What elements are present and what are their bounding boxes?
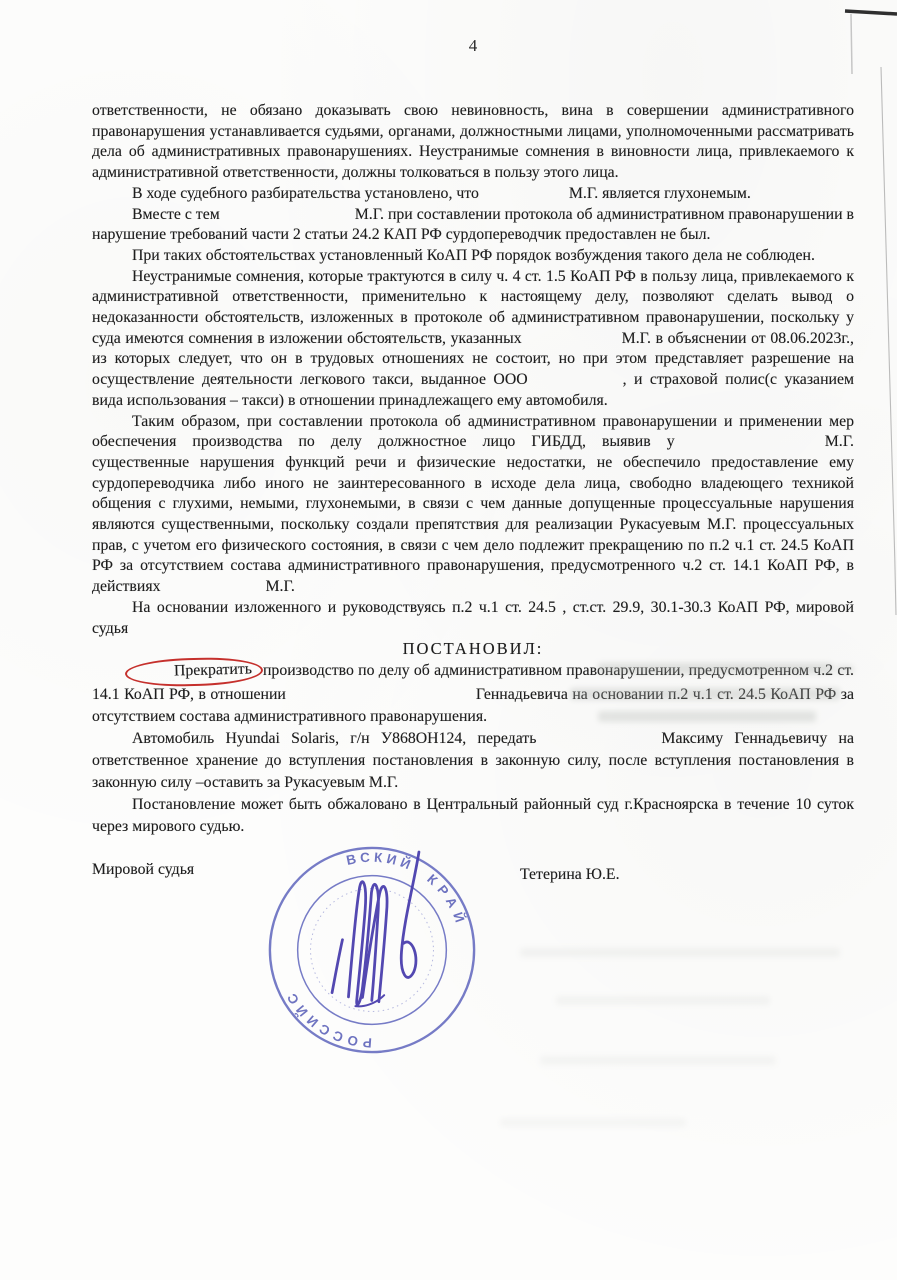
scanned-court-decision-page: 4 ответственности, не обязано доказывать… <box>0 0 897 1280</box>
svg-text:РОССИЙС: РОССИЙС <box>282 987 372 1050</box>
paragraph-text: Вместе с тем <box>132 206 220 223</box>
redaction-gap <box>528 382 623 384</box>
paragraph-vehicle: Автомобиль Hyundai Solaris, г/н У868ОН12… <box>92 728 854 794</box>
paragraph-text: М.Г. <box>266 578 295 595</box>
paragraph-procedure-violated: При таких обстоятельствах установленный … <box>92 246 854 267</box>
bleed-through-artifact <box>836 665 854 674</box>
redaction-gap <box>286 697 476 699</box>
bleed-through-artifact <box>598 663 833 674</box>
handwritten-red-ellipse-annotation: Прекратить <box>125 656 264 688</box>
paragraph-legal-basis: На основании изложенного и руководствуяс… <box>92 598 854 639</box>
paragraph-court-finding: В ходе судебного разбирательства установ… <box>92 184 854 205</box>
paragraph-doubts: Неустранимые сомнения, которые трактуютс… <box>92 267 854 412</box>
redaction-gap <box>479 196 569 198</box>
bleed-through-artifact <box>520 948 840 957</box>
paragraph-text: Автомобиль Hyundai Solaris, г/н У868ОН12… <box>132 730 536 747</box>
judge-name: Тетерина Ю.Е. <box>520 865 620 886</box>
bleed-through-artifact <box>598 711 816 722</box>
bleed-through-artifact <box>556 996 770 1005</box>
page-crease-line <box>881 67 896 615</box>
resolution-section: Прекратитьпроизводство по делу об админи… <box>92 660 854 838</box>
page-number: 4 <box>92 36 854 56</box>
redaction-gap <box>161 589 266 591</box>
redaction-gap <box>220 217 355 219</box>
bleed-through-artifact <box>500 1118 686 1127</box>
paragraph-text: М.Г. существенные нарушения функций речи… <box>92 433 854 595</box>
redaction-gap <box>536 741 661 743</box>
document-body: ответственности, не обязано доказывать с… <box>92 101 854 890</box>
paragraph-presumption: ответственности, не обязано доказывать с… <box>92 101 854 184</box>
scan-top-edge-line <box>845 11 897 14</box>
redaction-gap <box>522 341 622 343</box>
paragraph-appeal: Постановление может быть обжаловано в Це… <box>92 794 854 838</box>
judge-title-label: Мировой судья <box>92 861 194 878</box>
paragraph-no-interpreter: Вместе с темМ.Г. при составлении протоко… <box>92 205 854 246</box>
bleed-through-artifact <box>570 688 840 700</box>
circled-word: Прекратить <box>174 660 252 679</box>
redaction-gap <box>675 444 825 446</box>
paragraph-text: В ходе судебного разбирательства установ… <box>132 185 479 202</box>
paragraph-conclusion: Таким образом, при составлении протокола… <box>92 412 854 598</box>
seal-text-bottom: РОССИЙС <box>282 987 372 1050</box>
bleed-through-artifact <box>540 1056 776 1065</box>
signature-row: Мировой судья Тетерина Ю.Е. <box>92 860 854 890</box>
paragraph-text: М.Г. является глухонемым. <box>569 185 751 202</box>
